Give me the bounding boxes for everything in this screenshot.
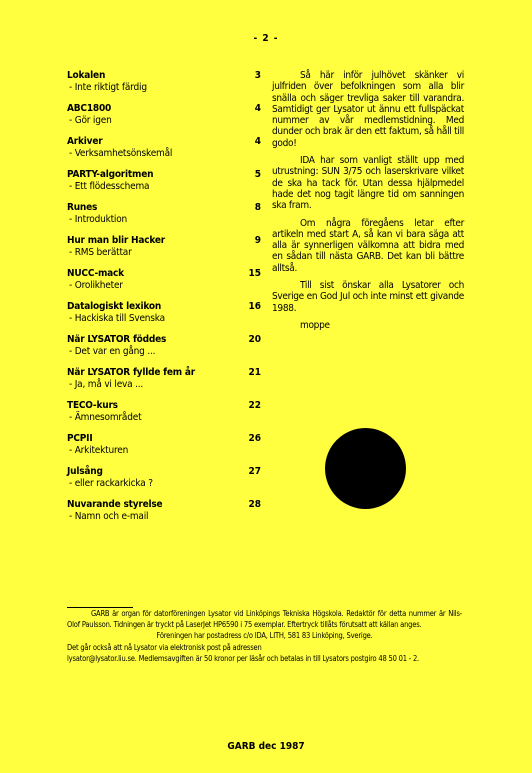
toc-page: 20	[248, 334, 261, 346]
toc-title: Datalogiskt lexikon	[67, 301, 261, 313]
toc-subtitle: - Introduktion	[67, 214, 261, 225]
toc-subtitle: - Namn och e-mail	[67, 511, 261, 522]
toc-subtitle: - Ett flödesschema	[67, 181, 261, 192]
toc-title: Lokalen	[67, 70, 261, 82]
issue-label: GARB dec 1987	[0, 741, 532, 752]
toc-page: 15	[248, 268, 261, 280]
black-circle-graphic	[325, 428, 406, 509]
toc-subtitle: - Inte riktigt färdig	[67, 82, 261, 93]
toc-title: Julsång	[67, 466, 261, 478]
toc-page: 5	[255, 169, 261, 181]
toc-page: 27	[248, 466, 261, 478]
toc-subtitle: - Ja, må vi leva ...	[67, 379, 261, 390]
footnote-rule	[67, 607, 133, 608]
toc-subtitle: - Verksamhetsönskemål	[67, 148, 261, 159]
toc-subtitle: - Det var en gång ...	[67, 346, 261, 357]
email-text: Det går också att nå Lysator via elektro…	[67, 643, 462, 654]
toc-entry: Arkiver - Verksamhetsönskemål 4	[67, 136, 261, 169]
toc-page: 16	[248, 301, 261, 313]
toc-subtitle: - Gör igen	[67, 115, 261, 126]
toc-title: TECO-kurs	[67, 400, 261, 412]
page-number: - 2 -	[0, 33, 532, 44]
toc-entry: TECO-kurs - Ämnesområdet 22	[67, 400, 261, 433]
toc-title: När LYSATOR föddes	[67, 334, 261, 346]
toc-entry: Runes - Introduktion 8	[67, 202, 261, 235]
editorial-paragraph: Till sist önskar alla Lysatorer och Sver…	[272, 280, 464, 314]
toc-page: 26	[248, 433, 261, 445]
toc-entry: När LYSATOR fyllde fem år - Ja, må vi le…	[67, 367, 261, 400]
toc-title: PARTY-algoritmen	[67, 169, 261, 181]
toc-entry: Datalogiskt lexikon - Hackiska till Sven…	[67, 301, 261, 334]
toc-entry: Lokalen - Inte riktigt färdig 3	[67, 70, 261, 103]
toc-subtitle: - Ämnesområdet	[67, 412, 261, 423]
toc-subtitle: - Hackiska till Svenska	[67, 313, 261, 324]
editorial-paragraph: IDA har som vanligt ställt upp med utrus…	[272, 155, 464, 211]
toc-subtitle: - RMS berättar	[67, 247, 261, 258]
toc-entry: När LYSATOR föddes - Det var en gång ...…	[67, 334, 261, 367]
toc-entry: NUCC-mack - Orolikheter 15	[67, 268, 261, 301]
footnote: GARB är organ för datorföreningen Lysato…	[67, 609, 462, 666]
address-text: Föreningen har postadress c/o IDA, LITH,…	[67, 631, 462, 642]
membership-text: lysator@lysator.liu.se. Medlemsavgiften …	[67, 654, 462, 665]
toc-page: 28	[248, 499, 261, 511]
colophon-text: GARB är organ för datorföreningen Lysato…	[67, 609, 462, 630]
toc-page: 22	[248, 400, 261, 412]
editorial-paragraph: Så här inför julhövet skänker vi julfrid…	[272, 70, 464, 149]
toc-title: När LYSATOR fyllde fem år	[67, 367, 261, 379]
toc-entry: Julsång - eller rackarkicka ? 27	[67, 466, 261, 499]
toc-title: Arkiver	[67, 136, 261, 148]
toc-entry: Nuvarande styrelse - Namn och e-mail 28	[67, 499, 261, 532]
toc-title: NUCC-mack	[67, 268, 261, 280]
toc-title: Hur man blir Hacker	[67, 235, 261, 247]
editorial-paragraph: Om några föregåens letar efter artikeln …	[272, 218, 464, 274]
toc-page: 9	[255, 235, 261, 247]
toc-entry: PCPII - Arkitekturen 26	[67, 433, 261, 466]
toc-page: 8	[255, 202, 261, 214]
toc-entry: Hur man blir Hacker - RMS berättar 9	[67, 235, 261, 268]
table-of-contents: Lokalen - Inte riktigt färdig 3 ABC1800 …	[67, 70, 261, 532]
toc-page: 4	[255, 136, 261, 148]
editorial-signature: moppe	[272, 320, 464, 331]
toc-title: Nuvarande styrelse	[67, 499, 261, 511]
toc-title: Runes	[67, 202, 261, 214]
toc-title: ABC1800	[67, 103, 261, 115]
toc-subtitle: - eller rackarkicka ?	[67, 478, 261, 489]
toc-page: 21	[248, 367, 261, 379]
toc-subtitle: - Orolikheter	[67, 280, 261, 291]
toc-page: 4	[255, 103, 261, 115]
toc-subtitle: - Arkitekturen	[67, 445, 261, 456]
toc-entry: PARTY-algoritmen - Ett flödesschema 5	[67, 169, 261, 202]
editorial-column: Så här inför julhövet skänker vi julfrid…	[272, 70, 464, 337]
toc-title: PCPII	[67, 433, 261, 445]
toc-page: 3	[255, 70, 261, 82]
toc-entry: ABC1800 - Gör igen 4	[67, 103, 261, 136]
